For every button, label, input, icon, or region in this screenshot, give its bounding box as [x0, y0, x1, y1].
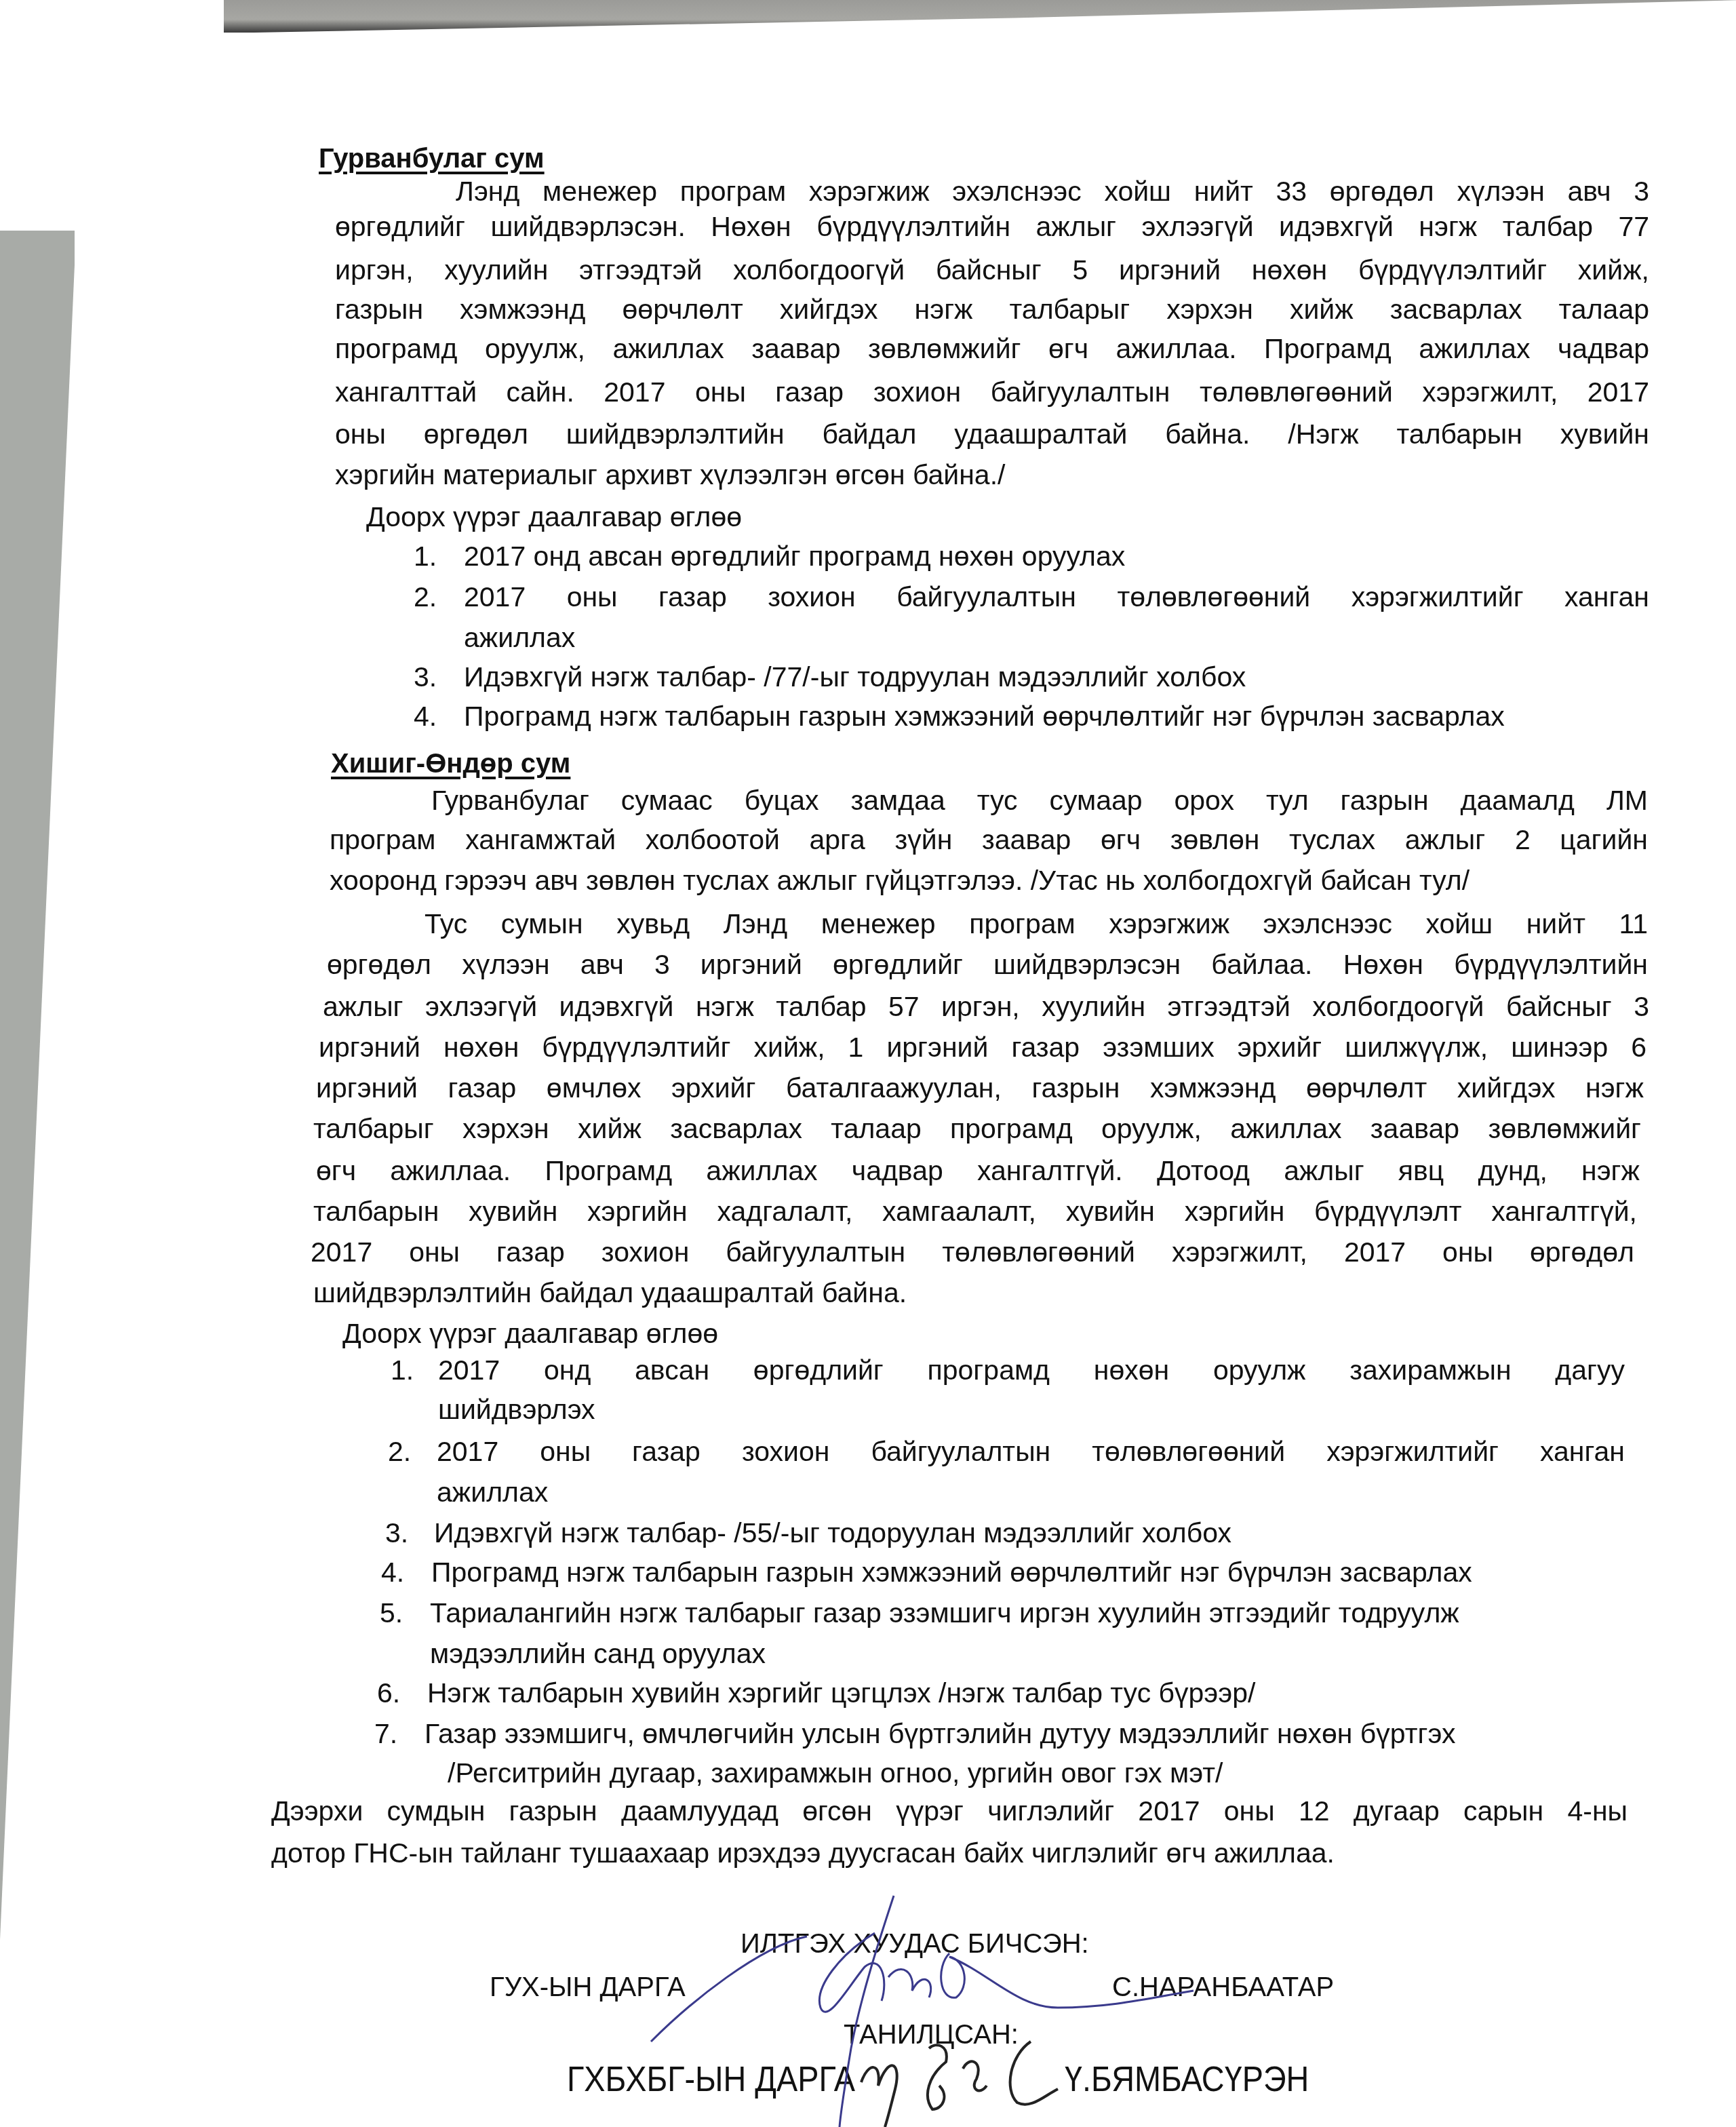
document-page: Гурванбулаг сум Лэнд менежер програм хэр… — [0, 0, 1736, 2127]
signature-reviewer-icon — [0, 0, 1736, 2127]
